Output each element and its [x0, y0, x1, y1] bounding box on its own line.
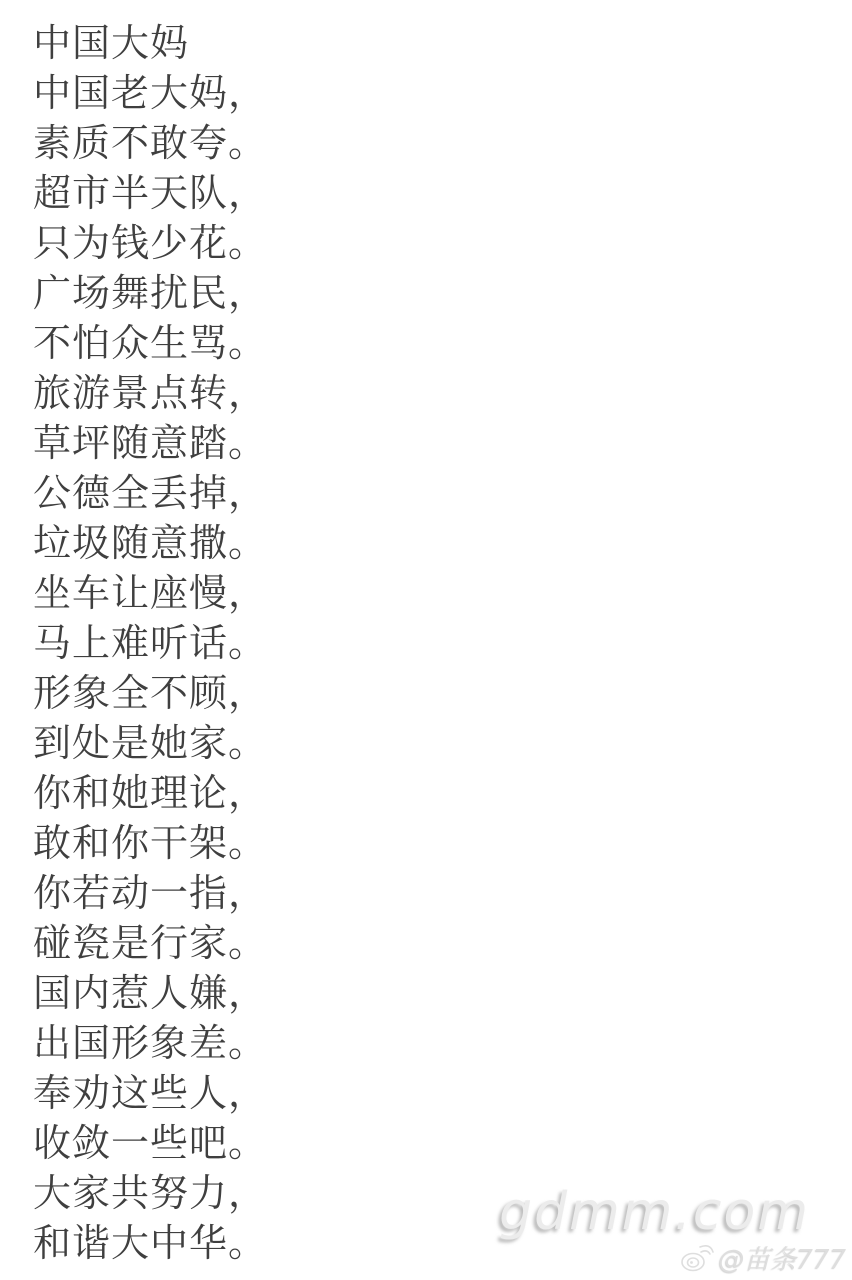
- poem-line: 收敛一些吧。: [33, 1118, 267, 1168]
- poem-line: 和谐大中华。: [33, 1218, 267, 1268]
- poem-line: 你和她理论，: [33, 768, 267, 818]
- poem-line: 到处是她家。: [33, 718, 267, 768]
- poem-line: 马上难听话。: [33, 618, 267, 668]
- poem-line: 垃圾随意撒。: [33, 518, 267, 568]
- watermark-site: gdmm.com: [499, 1182, 810, 1242]
- poem-line: 国内惹人嫌，: [33, 968, 267, 1018]
- poem-line: 敢和你干架。: [33, 818, 267, 868]
- poem-line: 出国形象差。: [33, 1018, 267, 1068]
- poem-line: 草坪随意踏。: [33, 418, 267, 468]
- page: 中国大妈中国老大妈，素质不敢夸。超市半天队，只为钱少花。广场舞扰民，不怕众生骂。…: [0, 0, 852, 1280]
- poem-line: 超市半天队，: [33, 168, 267, 218]
- poem-line: 坐车让座慢，: [33, 568, 267, 618]
- poem-line: 碰瓷是行家。: [33, 918, 267, 968]
- weibo-icon: [680, 1243, 714, 1273]
- poem-line: 你若动一指，: [33, 868, 267, 918]
- watermark-handle: @苗条777: [680, 1239, 846, 1276]
- poem-line: 中国大妈: [33, 18, 267, 68]
- poem-line: 公德全丢掉，: [33, 468, 267, 518]
- poem-line: 奉劝这些人，: [33, 1068, 267, 1118]
- poem-line: 广场舞扰民，: [33, 268, 267, 318]
- poem-line: 旅游景点转，: [33, 368, 267, 418]
- poem: 中国大妈中国老大妈，素质不敢夸。超市半天队，只为钱少花。广场舞扰民，不怕众生骂。…: [33, 18, 267, 1268]
- poem-line: 形象全不顾，: [33, 668, 267, 718]
- poem-line: 不怕众生骂。: [33, 318, 267, 368]
- watermark-handle-text: @苗条777: [718, 1239, 846, 1276]
- poem-line: 只为钱少花。: [33, 218, 267, 268]
- poem-line: 中国老大妈，: [33, 68, 267, 118]
- poem-line: 素质不敢夸。: [33, 118, 267, 168]
- poem-line: 大家共努力，: [33, 1168, 267, 1218]
